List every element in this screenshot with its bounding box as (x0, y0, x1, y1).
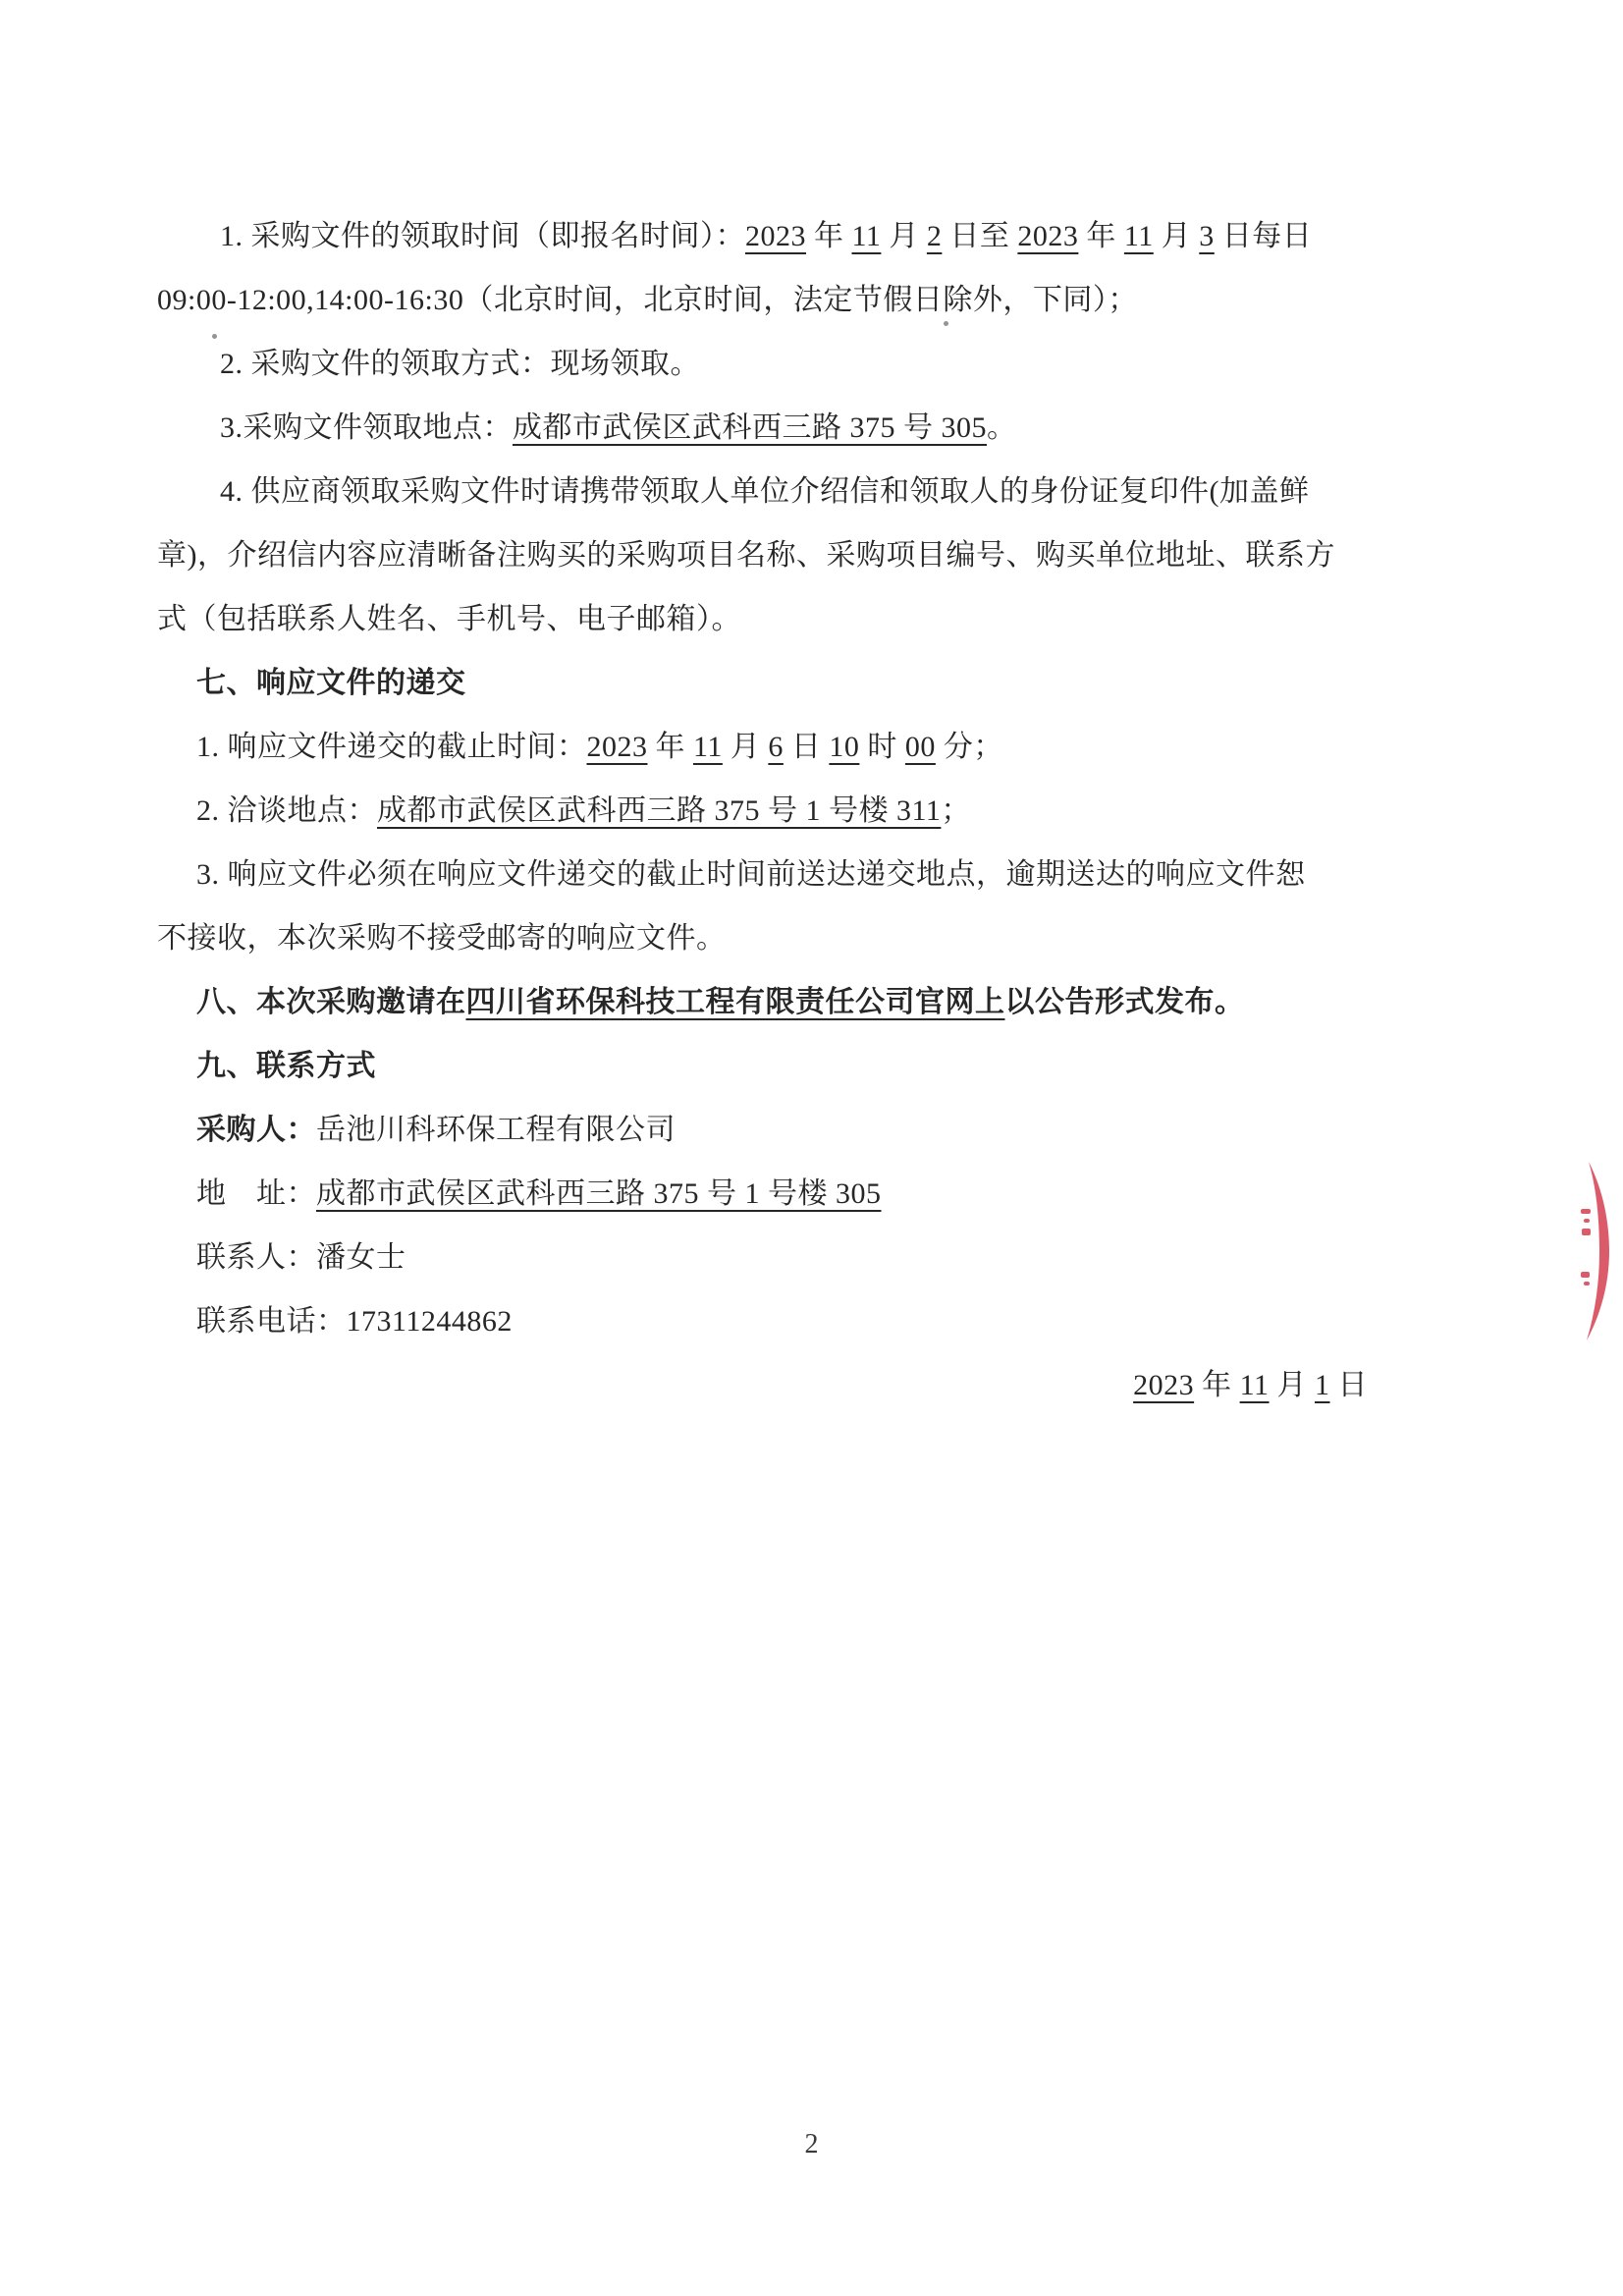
text-segment: 日 (784, 731, 830, 763)
text-segment: 月 (723, 731, 769, 763)
text-segment: 日至 (942, 220, 1017, 252)
text-segment: 2. 采购文件的领取方式：现场领取。 (220, 348, 700, 380)
scan-artifact-dot (944, 321, 948, 326)
text-segment: 联系人：潘女士 (196, 1241, 406, 1274)
item-pickup-time-line-1: 1. 采购文件的领取时间（即报名时间）：2023 年 11 月 2 日至 202… (157, 204, 1466, 268)
item-pickup-method: 2. 采购文件的领取方式：现场领取。 (157, 332, 1466, 396)
contact-phone: 联系电话：17311244862 (157, 1289, 1466, 1353)
text-segment: 联系电话：17311244862 (196, 1305, 513, 1338)
text-segment: 四川省环保科技工程有限责任公司官网上 (466, 986, 1005, 1018)
text-segment: 11 (852, 220, 882, 252)
text-segment: 成都市武侯区武科西三路 375 号 305 (513, 411, 987, 444)
text-segment: 年 (806, 220, 852, 252)
signature-date: 2023 年 11 月 1 日 (157, 1353, 1466, 1417)
text-segment: 采购人： (196, 1114, 316, 1146)
text-segment: 岳池川科环保工程有限公司 (316, 1114, 676, 1146)
text-segment: 成都市武侯区武科西三路 375 号 1 号楼 311 (377, 794, 941, 827)
text-segment: 3.采购文件领取地点： (220, 411, 513, 444)
text-segment: 章)，介绍信内容应清晰备注购买的采购项目名称、采购项目编号、购买单位地址、联系方 (157, 539, 1335, 572)
text-segment: 月 (1270, 1369, 1316, 1401)
text-segment: 11 (693, 731, 723, 763)
text-segment: 成都市武侯区武科西三路 375 号 1 号楼 305 (316, 1177, 882, 1210)
text-segment: 年 (1194, 1369, 1240, 1401)
text-segment: 6 (768, 731, 784, 763)
text-segment: 3 (1199, 220, 1215, 252)
document-body: 1. 采购文件的领取时间（即报名时间）：2023 年 11 月 2 日至 202… (157, 204, 1466, 1417)
text-segment: 00 (905, 731, 936, 763)
text-segment: 式（包括联系人姓名、手机号、电子邮箱）。 (157, 603, 741, 635)
text-segment: 日每日 (1215, 220, 1313, 252)
text-segment: 11 (1240, 1369, 1270, 1401)
text-segment: 2023 (1017, 220, 1078, 252)
item-supplier-requirements-line-3: 式（包括联系人姓名、手机号、电子邮箱）。 (157, 587, 1466, 651)
text-segment: 1. 采购文件的领取时间（即报名时间）： (220, 220, 745, 252)
scan-artifact-dot (212, 334, 217, 339)
text-segment: 2023 (745, 220, 806, 252)
partial-red-seal (1569, 1162, 1620, 1340)
item-supplier-requirements-line-2: 章)，介绍信内容应清晰备注购买的采购项目名称、采购项目编号、购买单位地址、联系方 (157, 523, 1466, 587)
text-segment: 以公告形式发布。 (1005, 986, 1245, 1018)
contact-address: 地 址：成都市武侯区武科西三路 375 号 1 号楼 305 (157, 1162, 1466, 1226)
section7-item-delivery-line-2: 不接收，本次采购不接受邮寄的响应文件。 (157, 906, 1466, 970)
text-segment: 年 (1078, 220, 1124, 252)
text-segment: 2023 (1133, 1369, 1194, 1401)
contact-purchaser: 采购人：岳池川科环保工程有限公司 (157, 1098, 1466, 1162)
text-segment: 分； (936, 731, 1003, 763)
heading-section-8: 八、本次采购邀请在四川省环保科技工程有限责任公司官网上以公告形式发布。 (157, 970, 1466, 1034)
page-number: 2 (0, 2129, 1623, 2160)
text-segment: 月 (881, 220, 927, 252)
text-segment: 10 (829, 731, 859, 763)
section7-item-venue: 2. 洽谈地点：成都市武侯区武科西三路 375 号 1 号楼 311； (157, 779, 1466, 843)
text-segment: 年 (648, 731, 694, 763)
text-segment: 地 址： (196, 1177, 316, 1210)
text-segment: 时 (859, 731, 905, 763)
text-segment: 八、本次采购邀请在 (196, 986, 466, 1018)
item-supplier-requirements-line-1: 4. 供应商领取采购文件时请携带领取人单位介绍信和领取人的身份证复印件(加盖鲜 (157, 460, 1466, 523)
contact-person: 联系人：潘女士 (157, 1226, 1466, 1289)
text-segment: 1 (1315, 1369, 1330, 1401)
text-segment: 2. 洽谈地点： (196, 794, 377, 827)
text-segment: 不接收，本次采购不接受邮寄的响应文件。 (157, 922, 727, 955)
document-page: 1. 采购文件的领取时间（即报名时间）：2023 年 11 月 2 日至 202… (0, 0, 1623, 2296)
item-pickup-location: 3.采购文件领取地点：成都市武侯区武科西三路 375 号 305。 (157, 396, 1466, 460)
item-pickup-time-line-2: 09:00-12:00,14:00-16:30（北京时间，北京时间，法定节假日除… (157, 268, 1466, 332)
text-segment: 4. 供应商领取采购文件时请携带领取人单位介绍信和领取人的身份证复印件(加盖鲜 (220, 475, 1310, 508)
text-segment: ； (941, 794, 971, 827)
text-segment: 九、联系方式 (196, 1050, 376, 1082)
section7-item-deadline: 1. 响应文件递交的截止时间：2023 年 11 月 6 日 10 时 00 分… (157, 715, 1466, 779)
heading-section-7: 七、响应文件的递交 (157, 651, 1466, 715)
text-segment: 11 (1124, 220, 1154, 252)
heading-section-9: 九、联系方式 (157, 1034, 1466, 1098)
text-segment: 2 (927, 220, 943, 252)
text-segment: 2023 (587, 731, 648, 763)
text-segment: 七、响应文件的递交 (196, 667, 466, 699)
text-segment: 09:00-12:00,14:00-16:30（北京时间，北京时间，法定节假日除… (157, 284, 1138, 316)
section7-item-delivery-line-1: 3. 响应文件必须在响应文件递交的截止时间前送达递交地点，逾期送达的响应文件恕 (157, 843, 1466, 906)
text-segment: 。 (987, 411, 1017, 444)
text-segment: 日 (1330, 1369, 1369, 1401)
text-segment: 3. 响应文件必须在响应文件递交的截止时间前送达递交地点，逾期送达的响应文件恕 (196, 858, 1306, 891)
text-segment: 1. 响应文件递交的截止时间： (196, 731, 587, 763)
text-segment: 月 (1154, 220, 1200, 252)
